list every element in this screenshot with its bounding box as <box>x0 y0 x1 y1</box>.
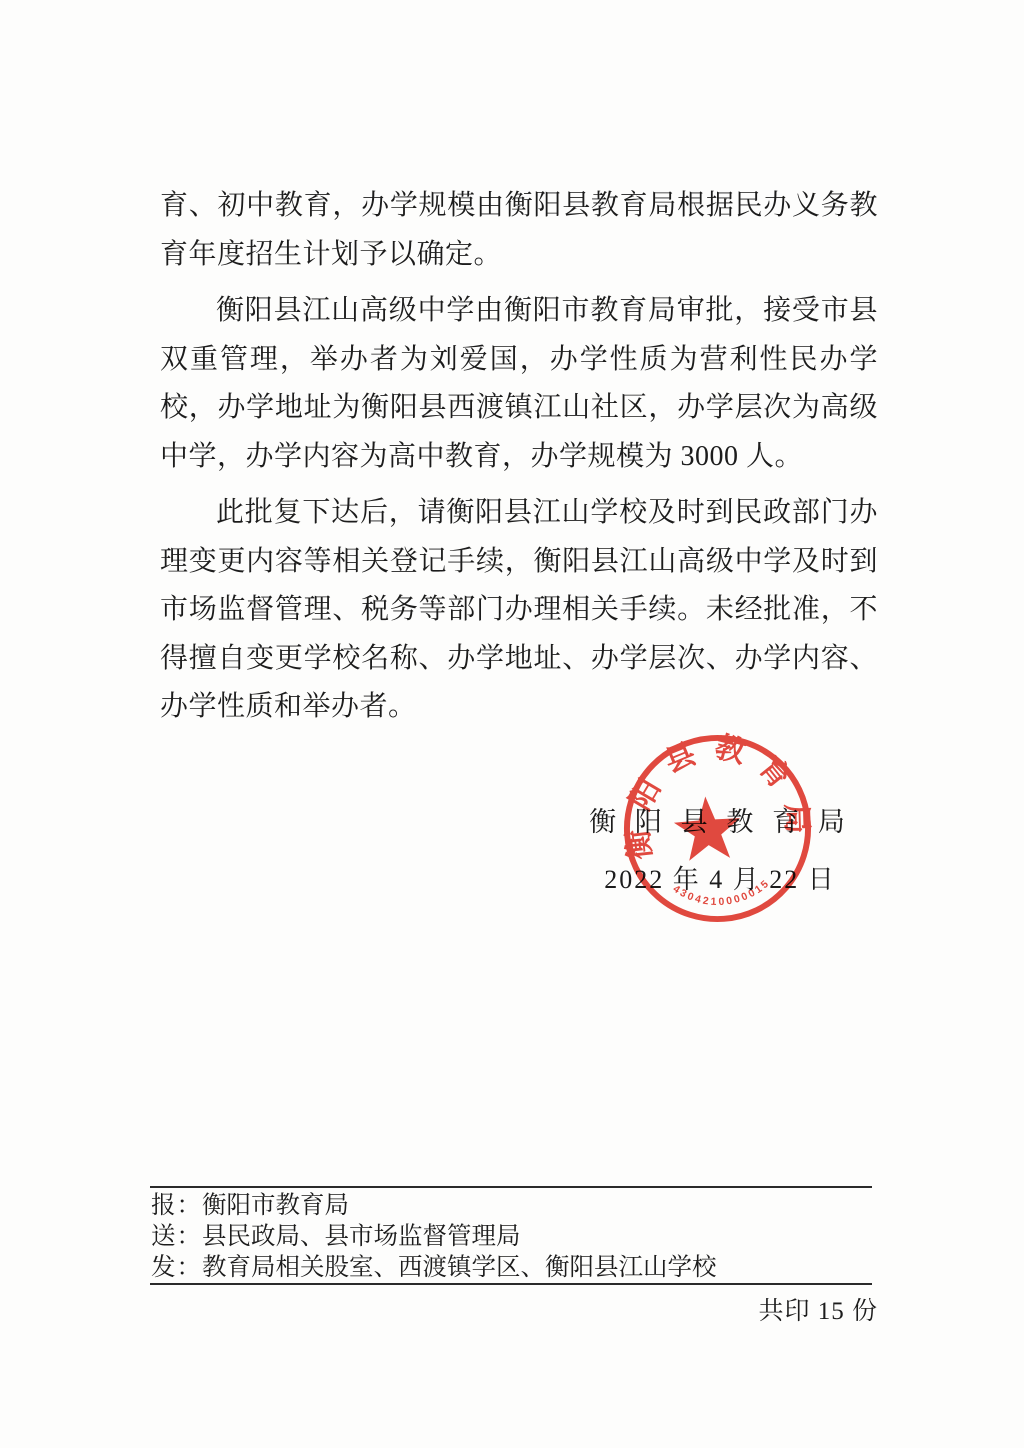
document-body: 育、初中教育，办学规模由衡阳县教育局根据民办义务教育年度招生计划予以确定。 衡阳… <box>160 182 878 740</box>
distribution-row-send: 送：县民政局、县市场监督管理局 <box>151 1221 873 1252</box>
paragraph-1: 育、初中教育，办学规模由衡阳县教育局根据民办义务教育年度招生计划予以确定。 <box>160 182 878 279</box>
official-seal-icon: 衡阳县教育局 4304210000015 <box>611 722 823 934</box>
print-count: 共印 15 份 <box>758 1291 878 1327</box>
distribution-row-report: 报：衡阳市教育局 <box>151 1190 873 1221</box>
paragraph-3: 此批复下达后，请衡阳县江山学校及时到民政部门办理变更内容等相关登记手续，衡阳县江… <box>160 489 878 732</box>
distribution-list: 报：衡阳市教育局 送：县民政局、县市场监督管理局 发：教育局相关股室、西渡镇学区… <box>151 1190 873 1283</box>
distribution-value: 县民政局、县市场监督管理局 <box>202 1223 521 1250</box>
distribution-label: 送： <box>151 1223 202 1250</box>
distribution-row-issue: 发：教育局相关股室、西渡镇学区、衡阳县江山学校 <box>151 1252 873 1283</box>
distribution-value: 衡阳市教育局 <box>202 1192 349 1219</box>
distribution-label: 报： <box>151 1192 202 1219</box>
star-icon <box>672 794 742 861</box>
footer-rule-top <box>150 1186 872 1188</box>
distribution-value: 教育局相关股室、西渡镇学区、衡阳县江山学校 <box>202 1254 717 1281</box>
footer-rule-bottom <box>150 1283 872 1285</box>
paragraph-2: 衡阳县江山高级中学由衡阳市教育局审批，接受市县双重管理，举办者为刘爱国，办学性质… <box>160 287 878 481</box>
distribution-label: 发： <box>151 1254 202 1281</box>
document-page: 育、初中教育，办学规模由衡阳县教育局根据民办义务教育年度招生计划予以确定。 衡阳… <box>0 0 1024 1448</box>
